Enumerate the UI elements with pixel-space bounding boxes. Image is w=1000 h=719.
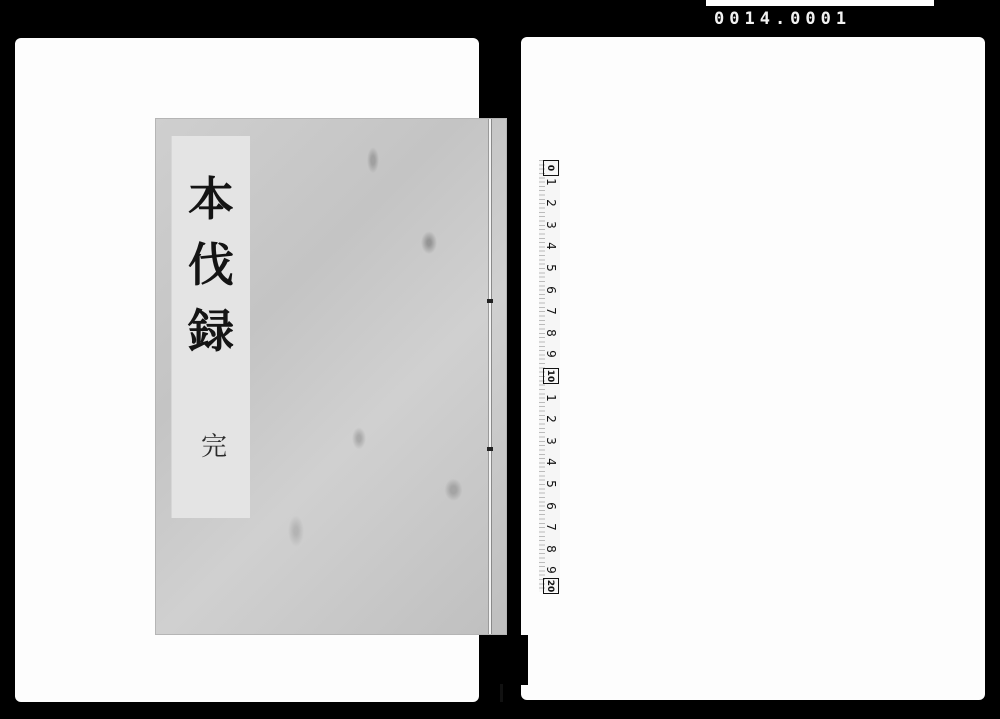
title-char: 本 (186, 166, 236, 232)
ruler-tick-label: 9 (543, 562, 559, 578)
ruler-tick-label: 3 (543, 433, 559, 449)
binding-thread (489, 119, 491, 634)
ruler-tick-label: 6 (543, 282, 559, 298)
ruler-tick-label: 8 (543, 325, 559, 341)
title-label-slip: 本 伐 録 完 (171, 136, 250, 518)
right-page-blank (521, 37, 985, 700)
ruler-tick-label: 2 (543, 411, 559, 427)
ruler-tick-label: 6 (543, 498, 559, 514)
measurement-ruler: 01234567891012345678920 (539, 160, 560, 592)
frame-id-label: 0014.0001 (714, 9, 851, 31)
ruler-tick-label: 7 (543, 303, 559, 319)
book-title: 本 伐 録 (186, 166, 236, 364)
gutter-band (507, 38, 521, 638)
title-char: 録 (186, 298, 236, 364)
ruler-tick-label: 10 (543, 368, 559, 384)
gutter-stem (500, 684, 503, 702)
ruler-tick-label: 7 (543, 519, 559, 535)
stitch-hole (487, 447, 493, 451)
ruler-tick-label: 8 (543, 541, 559, 557)
ruler-tick-label: 1 (543, 174, 559, 190)
title-char: 伐 (186, 232, 236, 298)
volume-mark: 完 (194, 426, 234, 463)
ruler-tick-label: 4 (543, 454, 559, 470)
book-cover: 本 伐 録 完 (155, 118, 507, 635)
ruler-tick-label: 9 (543, 346, 559, 362)
ruler-tick-label: 20 (543, 578, 559, 594)
ruler-tick-label: 3 (543, 217, 559, 233)
ruler-tick-label: 5 (543, 476, 559, 492)
stitch-hole (487, 299, 493, 303)
gutter-band-bottom (494, 635, 528, 685)
ruler-tick-label: 4 (543, 238, 559, 254)
ruler-tick-label: 2 (543, 195, 559, 211)
ruler-tick-label: 1 (543, 390, 559, 406)
top-white-strip (706, 0, 934, 6)
ruler-tick-label: 5 (543, 260, 559, 276)
